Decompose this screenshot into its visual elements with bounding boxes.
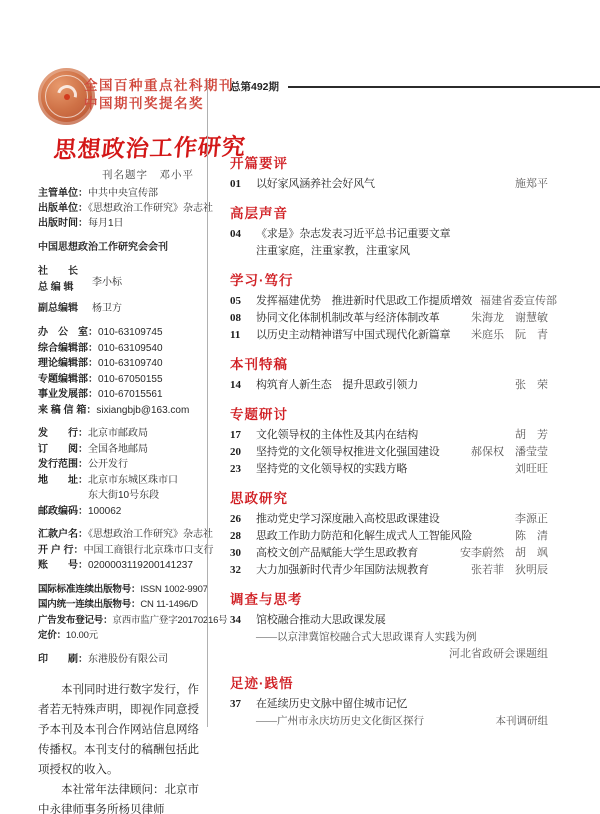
toc-section-title: 高层声音 <box>230 205 548 223</box>
entry-title: 协同文化体制机制改革与经济体制改革 <box>256 310 463 327</box>
page-number: 11 <box>230 327 256 344</box>
reg-label: 广告发布登记号： <box>38 615 112 626</box>
toc-section-opening-review: 开篇要评 01 以好家风涵养社会好风气 施郑平 <box>230 155 548 193</box>
toc-section-title: 学习·笃行 <box>230 272 548 290</box>
entry-authors: 陈 清 <box>515 528 548 545</box>
subtitle-text: ——广州市永庆坊历史文化街区探行 <box>256 713 488 730</box>
legal-notices: 本刊同时进行数字发行，作者若无特殊声明，即视作同意授予本刊及本刊合作网站信息网络… <box>38 680 208 814</box>
toc-section-title: 本刊特稿 <box>230 356 548 374</box>
page-number: 01 <box>230 176 256 193</box>
postcode-row: 邮政编码：100062 <box>38 504 208 520</box>
page-number: 04 <box>230 226 256 243</box>
contact-value: 010-67015561 <box>98 389 163 400</box>
contact-label: 办 公 室： <box>38 327 98 338</box>
contact-row: 综合编辑部：010-63109540 <box>38 341 208 357</box>
contact-value: 010-63109540 <box>98 343 163 354</box>
subtitle-text: ——以京津冀馆校融合式大思政课育人实践为例 <box>256 629 548 646</box>
leader-roles: 社 长 总 编 辑 <box>38 264 78 296</box>
registration-group: 国际标准连续出版物号：ISSN 1002-9907 国内统一连续出版物号：CN … <box>38 582 208 644</box>
dist-value: 北京市邮政局 <box>88 428 148 439</box>
reg-value: 京西市监广登字20170216号 <box>112 615 227 626</box>
reg-label: 国际标准连续出版物号： <box>38 584 140 595</box>
bank-row: 账 号：0200003119200141237 <box>38 558 208 574</box>
contact-row-email: 来 稿 信 箱：sixiangbjb@163.com <box>38 403 208 419</box>
toc-entry: 37 在延续历史文脉中留住城市记忆 <box>230 696 548 713</box>
contact-label: 综合编辑部： <box>38 343 98 354</box>
affiliation-line: 中国思想政治工作研究会会刊 <box>38 240 208 255</box>
dist-row: 订 阅：全国各地邮局 <box>38 442 208 458</box>
toc-entry: 04 《求是》杂志发表习近平总书记重要文章 <box>230 226 548 243</box>
toc-entry: 01 以好家风涵养社会好风气 施郑平 <box>230 176 548 193</box>
bank-row: 汇款户名：《思想政治工作研究》杂志社 <box>38 527 208 543</box>
entry-title: 《求是》杂志发表习近平总书记重要文章 <box>256 226 548 243</box>
toc-entry: 08 协同文化体制机制改革与经济体制改革 朱海龙 谢慧敏 <box>230 310 548 327</box>
toc-section-title: 开篇要评 <box>230 155 548 173</box>
dist-label: 发 行： <box>38 428 88 439</box>
header-rule <box>288 86 600 88</box>
distribution-group: 发 行：北京市邮政局 订 阅：全国各地邮局 发行范围：公开发行 地 址：北京市东… <box>38 426 208 519</box>
contact-row: 理论编辑部：010-63109740 <box>38 356 208 372</box>
contact-row: 专题编辑部：010-67050155 <box>38 372 208 388</box>
toc-entry: 34 馆校融合推动大思政课发展 <box>230 612 548 629</box>
page-number: 05 <box>230 293 256 310</box>
contacts-group: 办 公 室：010-63109745 综合编辑部：010-63109540 理论… <box>38 325 208 418</box>
entry-authors: 施郑平 <box>515 176 548 193</box>
email-value: sixiangbjb@163.com <box>96 405 189 416</box>
info-row: 出版单位：《思想政治工作研究》杂志社 <box>38 201 208 216</box>
contact-label: 来 稿 信 箱： <box>38 405 96 416</box>
entry-authors: 郝保权 潘莹莹 <box>471 444 548 461</box>
award-line-2: 中国期刊奖提名奖 <box>84 95 234 113</box>
price-value: 10.00元 <box>66 630 98 641</box>
bank-value: 《思想政治工作研究》杂志社 <box>88 529 213 540</box>
entry-title: 在延续历史文脉中留住城市记忆 <box>256 696 548 713</box>
legal-counsel-notice: 本社常年法律顾问：北京市中永律师事务所杨贝律师 <box>38 780 208 814</box>
toc-entry: 11 以历史主动精神谱写中国式现代化新篇章 米庭乐 阮 青 <box>230 327 548 344</box>
printer-row: 印 刷：东港股份有限公司 <box>38 652 208 667</box>
table-of-contents: 开篇要评 01 以好家风涵养社会好风气 施郑平 高层声音 04 《求是》杂志发表… <box>230 155 548 730</box>
toc-header: 总第492期 <box>230 79 600 94</box>
info-row: 主管单位：中共中央宣传部 <box>38 186 208 201</box>
address-continuation-row: 东大街10号东段 <box>38 488 208 504</box>
dist-label: 发行范围： <box>38 459 88 470</box>
deputy-label: 副总编辑 <box>38 303 78 314</box>
role-president: 社 长 <box>38 264 78 280</box>
toc-section-title: 专题研讨 <box>230 406 548 424</box>
entry-title: 文化领导权的主体性及其内在结构 <box>256 427 507 444</box>
toc-entry: 23 坚持党的文化领导权的实践方略 刘旺旺 <box>230 461 548 478</box>
entry-title: 思政工作助力防范和化解生成式人工智能风险 <box>256 528 507 545</box>
toc-entry: 20 坚持党的文化领导权推进文化强国建设 郝保权 潘莹莹 <box>230 444 548 461</box>
dist-row: 发行范围：公开发行 <box>38 457 208 473</box>
dist-value: 公开发行 <box>88 459 128 470</box>
page-number: 37 <box>230 696 256 713</box>
bank-value: 0200003119200141237 <box>88 560 193 571</box>
price-row: 定价：10.00元 <box>38 628 208 644</box>
issn-row: 国际标准连续出版物号：ISSN 1002-9907 <box>38 582 208 598</box>
dist-value: 北京市东城区珠市口 <box>88 475 178 486</box>
entry-subtitle: ——广州市永庆坊历史文化街区探行 本刊调研组 <box>230 713 548 730</box>
entry-authors: 米庭乐 阮 青 <box>471 327 548 344</box>
reg-value: CN 11-1496/D <box>140 599 198 610</box>
issue-number: 总第492期 <box>230 79 279 94</box>
leaders-block: 社 长 总 编 辑 李小标 <box>38 264 208 296</box>
bank-row: 开 户 行：中国工商银行北京珠市口支行 <box>38 543 208 559</box>
toc-page: 全国百种重点社科期刊 中国期刊奖提名奖 思想政治工作研究 刊名题字 邓小平 主管… <box>0 0 600 814</box>
info-value: 每月1日 <box>88 218 124 229</box>
bank-label: 账 号： <box>38 560 88 571</box>
toc-entry: 30 高校文创产品赋能大学生思政教育 安李蔚然 胡 飒 <box>230 545 548 562</box>
toc-entry: 17 文化领导权的主体性及其内在结构 胡 芳 <box>230 427 548 444</box>
contact-label: 事业发展部： <box>38 389 98 400</box>
entry-title: 发挥福建优势 推进新时代思政工作提质增效 <box>256 293 472 310</box>
entry-authors: 朱海龙 谢慧敏 <box>471 310 548 327</box>
entry-title-line2: 注重家庭，注重家教，注重家风 <box>230 243 548 260</box>
entry-authors: 福建省委宣传部 <box>480 293 557 310</box>
page-number: 34 <box>230 612 256 629</box>
page-number: 28 <box>230 528 256 545</box>
basic-info-group: 主管单位：中共中央宣传部 出版单位：《思想政治工作研究》杂志社 出版时间：每月1… <box>38 186 208 231</box>
info-label: 出版时间： <box>38 218 88 229</box>
printer-value: 东港股份有限公司 <box>88 654 168 665</box>
toc-section-title: 调查与思考 <box>230 591 548 609</box>
column-divider <box>207 80 208 727</box>
printer-label: 印 刷： <box>38 654 88 665</box>
cn-row: 国内统一连续出版物号：CN 11-1496/D <box>38 597 208 613</box>
contact-row: 事业发展部：010-67015561 <box>38 387 208 403</box>
toc-section-ideological-research: 思政研究 26 推动党史学习深度融入高校思政课建设 李源正 28 思政工作助力防… <box>230 490 548 579</box>
entry-authors: 本刊调研组 <box>496 713 549 730</box>
bank-label: 汇款户名： <box>38 529 88 540</box>
page-number: 23 <box>230 461 256 478</box>
dist-label: 地 址： <box>38 475 88 486</box>
entry-title: 坚持党的文化领导权的实践方略 <box>256 461 507 478</box>
dist-value: 100062 <box>88 506 121 517</box>
logo-center-dot <box>64 94 70 100</box>
dist-value: 东大街10号东段 <box>88 490 159 501</box>
reg-label: 定价： <box>38 630 66 641</box>
entry-authors: 胡 芳 <box>515 427 548 444</box>
toc-section-title: 足迹·践悟 <box>230 675 548 693</box>
reg-value: ISSN 1002-9907 <box>140 584 207 595</box>
toc-section-title: 思政研究 <box>230 490 548 508</box>
toc-section-footprints: 足迹·践悟 37 在延续历史文脉中留住城市记忆 ——广州市永庆坊历史文化街区探行… <box>230 675 548 730</box>
leader-name: 李小标 <box>92 273 122 288</box>
dist-value: 全国各地邮局 <box>88 444 148 455</box>
toc-entry: 28 思政工作助力防范和化解生成式人工智能风险 陈 清 <box>230 528 548 545</box>
contact-value: 010-67050155 <box>98 374 163 385</box>
info-value: 《思想政治工作研究》杂志社 <box>88 203 213 214</box>
title-inscription: 刊名题字 邓小平 <box>102 167 194 182</box>
page-number: 30 <box>230 545 256 562</box>
entry-authors: 刘旺旺 <box>515 461 548 478</box>
entry-authors: 张 荣 <box>515 377 548 394</box>
contact-label: 理论编辑部： <box>38 358 98 369</box>
toc-section-special-feature: 本刊特稿 14 构筑育人新生态 提升思政引领力 张 荣 <box>230 356 548 394</box>
page-number: 17 <box>230 427 256 444</box>
info-label: 出版单位： <box>38 203 88 214</box>
contact-label: 专题编辑部： <box>38 374 98 385</box>
bank-label: 开 户 行： <box>38 545 84 556</box>
deputy-editor-row: 副总编辑杨卫方 <box>38 301 208 317</box>
role-chief-editor: 总 编 辑 <box>38 280 78 296</box>
toc-section-survey-thinking: 调查与思考 34 馆校融合推动大思政课发展 ——以京津冀馆校融合式大思政课育人实… <box>230 591 548 663</box>
toc-section-study-practice: 学习·笃行 05 发挥福建优势 推进新时代思政工作提质增效 福建省委宣传部 08… <box>230 272 548 344</box>
toc-entry: 32 大力加强新时代青少年国防法规教育 张若菲 狄明辰 <box>230 562 548 579</box>
info-value: 中共中央宣传部 <box>88 188 158 199</box>
info-label: 主管单位： <box>38 188 88 199</box>
award-line-1: 全国百种重点社科期刊 <box>84 77 234 95</box>
ad-license-row: 广告发布登记号：京西市监广登字20170216号 <box>38 613 208 629</box>
contact-row: 办 公 室：010-63109745 <box>38 325 208 341</box>
entry-title: 大力加强新时代青少年国防法规教育 <box>256 562 463 579</box>
award-banner: 全国百种重点社科期刊 中国期刊奖提名奖 <box>84 77 234 113</box>
page-number: 26 <box>230 511 256 528</box>
entry-authors: 张若菲 狄明辰 <box>471 562 548 579</box>
entry-title: 推动党史学习深度融入高校思政课建设 <box>256 511 507 528</box>
entry-authors: 李源正 <box>515 511 548 528</box>
toc-entry: 14 构筑育人新生态 提升思政引领力 张 荣 <box>230 377 548 394</box>
dist-label: 订 阅： <box>38 444 88 455</box>
page-number: 20 <box>230 444 256 461</box>
bank-group: 汇款户名：《思想政治工作研究》杂志社 开 户 行：中国工商银行北京珠市口支行 账… <box>38 527 208 574</box>
contact-value: 010-63109745 <box>98 327 163 338</box>
dist-label: 邮政编码： <box>38 506 88 517</box>
digital-distribution-notice: 本刊同时进行数字发行，作者若无特殊声明，即视作同意授予本刊及本刊合作网站信息网络… <box>38 680 208 780</box>
contact-value: 010-63109740 <box>98 358 163 369</box>
toc-section-high-level-voice: 高层声音 04 《求是》杂志发表习近平总书记重要文章 注重家庭，注重家教，注重家… <box>230 205 548 260</box>
toc-section-special-topics: 专题研讨 17 文化领导权的主体性及其内在结构 胡 芳 20 坚持党的文化领导权… <box>230 406 548 478</box>
toc-entry: 05 发挥福建优势 推进新时代思政工作提质增效 福建省委宣传部 <box>230 293 548 310</box>
toc-entry: 26 推动党史学习深度融入高校思政课建设 李源正 <box>230 511 548 528</box>
entry-title: 以历史主动精神谱写中国式现代化新篇章 <box>256 327 463 344</box>
entry-org: 河北省政研会课题组 <box>230 646 548 663</box>
page-number: 14 <box>230 377 256 394</box>
journal-title-calligraphy: 思想政治工作研究 <box>52 128 247 164</box>
info-row: 出版时间：每月1日 <box>38 216 208 231</box>
entry-title: 以好家风涵养社会好风气 <box>256 176 507 193</box>
entry-title: 馆校融合推动大思政课发展 <box>256 612 548 629</box>
entry-subtitle: ——以京津冀馆校融合式大思政课育人实践为例 <box>230 629 548 646</box>
address-row: 地 址：北京市东城区珠市口 <box>38 473 208 489</box>
deputy-name: 杨卫方 <box>92 303 122 314</box>
entry-authors: 安李蔚然 胡 飒 <box>460 545 548 562</box>
dist-row: 发 行：北京市邮政局 <box>38 426 208 442</box>
entry-title: 坚持党的文化领导权推进文化强国建设 <box>256 444 463 461</box>
page-number: 08 <box>230 310 256 327</box>
publisher-info-column: 主管单位：中共中央宣传部 出版单位：《思想政治工作研究》杂志社 出版时间：每月1… <box>38 186 208 814</box>
reg-label: 国内统一连续出版物号： <box>38 599 140 610</box>
entry-title: 高校文创产品赋能大学生思政教育 <box>256 545 452 562</box>
entry-title: 构筑育人新生态 提升思政引领力 <box>256 377 507 394</box>
page-number: 32 <box>230 562 256 579</box>
bank-value: 中国工商银行北京珠市口支行 <box>84 545 214 556</box>
